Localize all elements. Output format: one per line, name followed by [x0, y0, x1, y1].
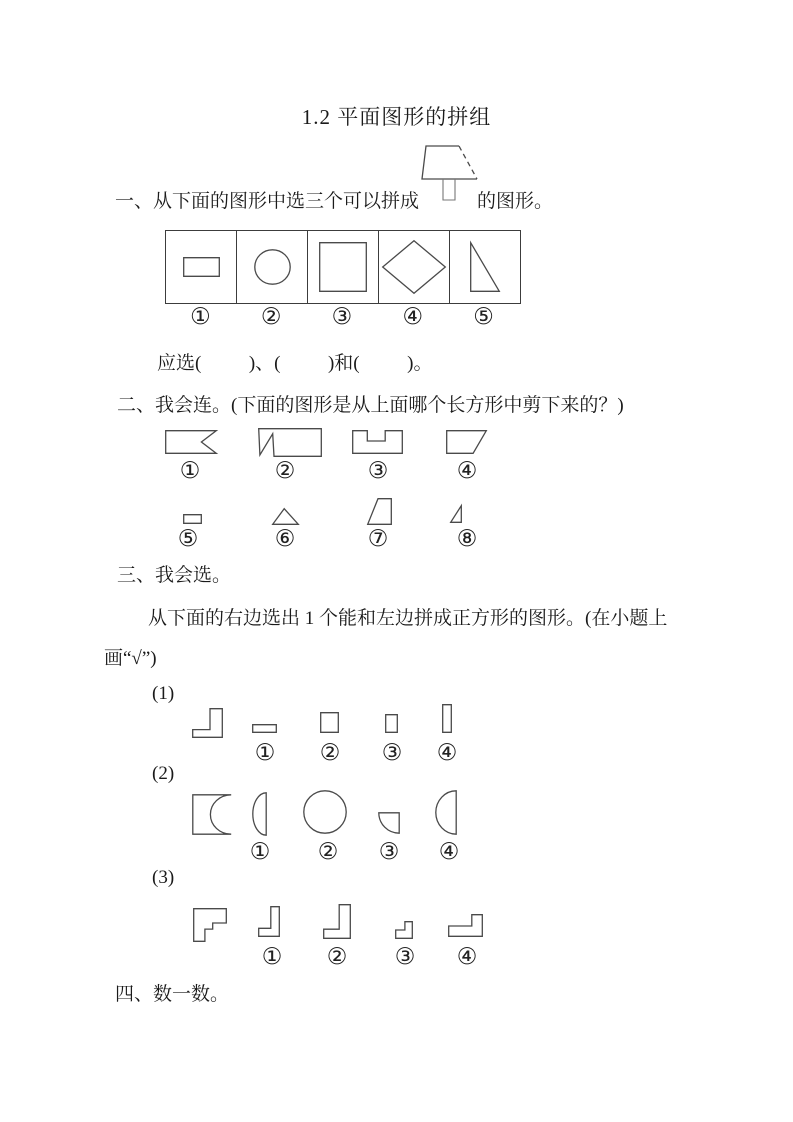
option-number: ⑥ — [275, 528, 296, 551]
option-number: ⑧ — [457, 528, 478, 551]
q1-table-cell — [166, 231, 236, 303]
q3-part2-option-circle-icon — [303, 790, 347, 834]
q1-table-cell — [236, 231, 307, 303]
circle-icon — [254, 249, 291, 285]
q3-instruction-line1: 从下面的右边选出 1 个能和左边拼成正方形的图形。(在小题上 — [148, 607, 667, 631]
q1-prompt: 一、从下面的图形中选三个可以拼成的图形。 — [115, 190, 553, 214]
q2-shape-small-rect-icon — [183, 514, 202, 524]
q2-shape-flag-notch-icon — [165, 430, 217, 454]
q3-part2-base-square-notch-icon — [192, 794, 232, 835]
q2-shape-small-triangle-icon — [450, 505, 462, 523]
option-number: ④ — [439, 841, 460, 864]
q3-part3-base-staircase-icon — [193, 908, 227, 942]
q3-part1-base-l-shape-icon — [192, 708, 223, 738]
q1-answer-line: 应选( )、( )和( )。 — [157, 352, 432, 376]
q3-part1-option-rect-icon — [385, 714, 398, 733]
q3-part3-option-l-shape-icon — [323, 904, 351, 939]
q3-part1-option-rect-icon — [252, 724, 277, 733]
worksheet-page: 1.2 平面图形的拼组 一、从下面的图形中选三个可以拼成的图形。 ① ② ③ ④… — [0, 0, 793, 1122]
q2-shape-slant-trapezoid-icon — [367, 498, 392, 525]
rectangle-icon — [183, 257, 220, 277]
option-number: ② — [275, 460, 296, 483]
q1-table-cell — [378, 231, 449, 303]
q3-part1-option-square-icon — [320, 712, 339, 733]
option-number: ③ — [395, 946, 416, 969]
q3-part2-option-half-circle-icon — [435, 790, 457, 835]
square-icon — [319, 242, 367, 292]
q2-shape-triangle-icon — [272, 508, 299, 525]
diamond-icon — [382, 240, 446, 294]
q3-part3-label: (3) — [152, 866, 174, 890]
option-number: ④ — [457, 946, 478, 969]
option-number: ④ — [377, 306, 448, 329]
option-number: ② — [318, 841, 339, 864]
option-number: ⑦ — [368, 528, 389, 551]
q3-part3-option-flat-l-icon — [448, 914, 483, 937]
q2-shape-trapezoid-icon — [446, 430, 487, 454]
q2-shape-top-notch-rect-icon — [352, 430, 403, 454]
q3-part1-option-tall-rect-icon — [442, 704, 452, 733]
q4-heading: 四、数一数。 — [115, 983, 229, 1007]
option-number: ② — [327, 946, 348, 969]
q2-shape-notched-rect-icon — [258, 428, 322, 457]
option-number: ④ — [457, 460, 478, 483]
option-number: ① — [165, 306, 236, 329]
q1-shape-table — [165, 230, 521, 304]
option-number: ② — [320, 742, 341, 765]
q3-instruction-line2: 画“√”) — [104, 647, 157, 671]
q3-heading: 三、我会选。 — [117, 564, 231, 588]
q3-part2-label: (2) — [152, 762, 174, 786]
q1-prompt-suffix: 的图形。 — [477, 191, 553, 212]
option-number: ① — [262, 946, 283, 969]
q1-table-cell — [307, 231, 378, 303]
option-number: ⑤ — [448, 306, 519, 329]
q3-part2-option-half-circle-icon — [252, 792, 267, 836]
q1-table-cell — [449, 231, 520, 303]
option-number: ③ — [307, 306, 378, 329]
q2-heading: 二、我会连。(下面的图形是从上面哪个长方形中剪下来的？) — [117, 394, 624, 418]
option-number: ① — [255, 742, 276, 765]
option-number: ② — [236, 306, 307, 329]
q3-part2-option-quarter-circle-icon — [378, 812, 400, 834]
option-number: ⑤ — [178, 528, 199, 551]
option-number: ③ — [382, 742, 403, 765]
q1-prompt-prefix: 一、从下面的图形中选三个可以拼成 — [115, 191, 419, 212]
right-triangle-icon — [470, 242, 500, 292]
q3-part3-option-small-step-icon — [395, 921, 413, 939]
option-number: ① — [180, 460, 201, 483]
page-title: 1.2 平面图形的拼组 — [0, 101, 793, 131]
option-number: ③ — [368, 460, 389, 483]
q1-option-numbers: ① ② ③ ④ ⑤ — [165, 306, 519, 329]
q3-part1-label: (1) — [152, 682, 174, 706]
option-number: ① — [250, 841, 271, 864]
q3-part3-option-l-shape-icon — [258, 906, 280, 937]
option-number: ③ — [379, 841, 400, 864]
option-number: ④ — [437, 742, 458, 765]
